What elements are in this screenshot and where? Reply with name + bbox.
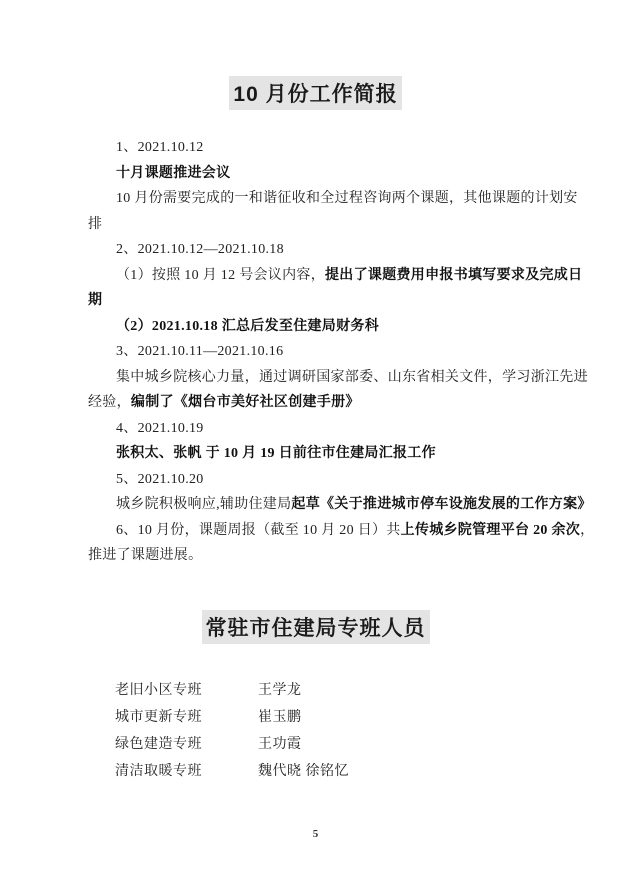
briefing-line: 推进了课题进展。 — [88, 543, 548, 569]
briefing-line: 6、10 月份，课题周报（截至 10 月 20 日）共上传城乡院管理平台 20 … — [88, 518, 548, 544]
briefing-line: 5、2021.10.20 — [88, 467, 548, 493]
briefing-line: （1）按照 10 月 12 号会议内容，提出了课题费用申报书填写要求及完成日 — [88, 263, 548, 289]
briefing-title: 10 月份工作简报 — [0, 76, 631, 110]
text-run: 城乡院积极响应,辅助住建局 — [116, 497, 291, 512]
bold-text-run: 十月课题推进会议 — [116, 166, 230, 181]
roster-table: 老旧小区专班王学龙城市更新专班崔玉鹏绿色建造专班王功霞清洁取暖专班魏代晓 徐铭忆 — [115, 677, 349, 785]
text-run: 经验， — [88, 395, 131, 410]
bold-text-run: 提出了课题费用申报书填写要求及完成日 — [325, 268, 582, 283]
roster-title: 常驻市住建局专班人员 — [0, 610, 631, 644]
briefing-line: 4、2021.10.19 — [88, 416, 548, 442]
bold-text-run: 张积太、张帆 于 10 月 19 日前往市住建局汇报工作 — [116, 446, 436, 461]
briefing-line: 期 — [88, 288, 548, 314]
roster-row: 老旧小区专班王学龙 — [115, 677, 349, 704]
text-run: 6、10 月份，课题周报（截至 10 月 20 日）共 — [116, 523, 401, 538]
text-run: 排 — [88, 217, 102, 232]
bold-text-run: 编制了《烟台市美好社区创建手册》 — [131, 395, 360, 410]
text-run: 5、2021.10.20 — [116, 472, 204, 487]
bold-text-run: （2）2021.10.18 汇总后发至住建局财务科 — [116, 319, 379, 334]
text-run: 2、2021.10.12—2021.10.18 — [116, 242, 284, 257]
document-page: 10 月份工作简报 1、2021.10.12十月课题推进会议10 月份需要完成的… — [0, 0, 631, 890]
roster-team-name: 城市更新专班 — [115, 704, 258, 731]
briefing-line: 张积太、张帆 于 10 月 19 日前往市住建局汇报工作 — [88, 441, 548, 467]
briefing-line: （2）2021.10.18 汇总后发至住建局财务科 — [88, 314, 548, 340]
roster-title-text: 常驻市住建局专班人员 — [202, 610, 430, 644]
briefing-line: 集中城乡院核心力量，通过调研国家部委、山东省相关文件，学习浙江先进 — [88, 365, 548, 391]
text-run: 1、2021.10.12 — [116, 140, 204, 155]
text-run: 10 月份需要完成的一和谐征收和全过程咨询两个课题，其他课题的计划安 — [116, 191, 578, 206]
roster-team-name: 老旧小区专班 — [115, 677, 258, 704]
roster-row: 城市更新专班崔玉鹏 — [115, 704, 349, 731]
roster-member-names: 崔玉鹏 — [258, 704, 302, 731]
roster-team-name: 绿色建造专班 — [115, 731, 258, 758]
bold-text-run: 上传城乡院管理平台 20 余次 — [401, 523, 581, 538]
briefing-line: 经验，编制了《烟台市美好社区创建手册》 — [88, 390, 548, 416]
text-run: 3、2021.10.11—2021.10.16 — [116, 344, 283, 359]
roster-team-name: 清洁取暖专班 — [115, 758, 258, 785]
roster-member-names: 王学龙 — [258, 677, 302, 704]
text-run: ， — [580, 523, 594, 538]
briefing-title-text: 10 月份工作简报 — [229, 76, 401, 110]
text-run: 4、2021.10.19 — [116, 421, 204, 436]
text-run: 集中城乡院核心力量，通过调研国家部委、山东省相关文件，学习浙江先进 — [116, 370, 588, 385]
briefing-line: 2、2021.10.12—2021.10.18 — [88, 237, 548, 263]
bold-text-run: 起草《关于推进城市停车设施发展的工作方案》 — [291, 497, 591, 512]
page-number: 5 — [0, 828, 631, 840]
briefing-line: 3、2021.10.11—2021.10.16 — [88, 339, 548, 365]
briefing-line: 排 — [88, 212, 548, 238]
bold-text-run: 期 — [88, 293, 102, 308]
briefing-line: 10 月份需要完成的一和谐征收和全过程咨询两个课题，其他课题的计划安 — [88, 186, 548, 212]
roster-row: 清洁取暖专班魏代晓 徐铭忆 — [115, 758, 349, 785]
briefing-line: 十月课题推进会议 — [88, 161, 548, 187]
briefing-line: 城乡院积极响应,辅助住建局起草《关于推进城市停车设施发展的工作方案》 — [88, 492, 548, 518]
roster-row: 绿色建造专班王功霞 — [115, 731, 349, 758]
roster-member-names: 王功霞 — [258, 731, 302, 758]
text-run: 推进了课题进展。 — [88, 548, 202, 563]
text-run: （1）按照 10 月 12 号会议内容， — [116, 268, 325, 283]
briefing-line: 1、2021.10.12 — [88, 135, 548, 161]
roster-member-names: 魏代晓 徐铭忆 — [258, 758, 349, 785]
briefing-body: 1、2021.10.12十月课题推进会议10 月份需要完成的一和谐征收和全过程咨… — [88, 135, 548, 569]
